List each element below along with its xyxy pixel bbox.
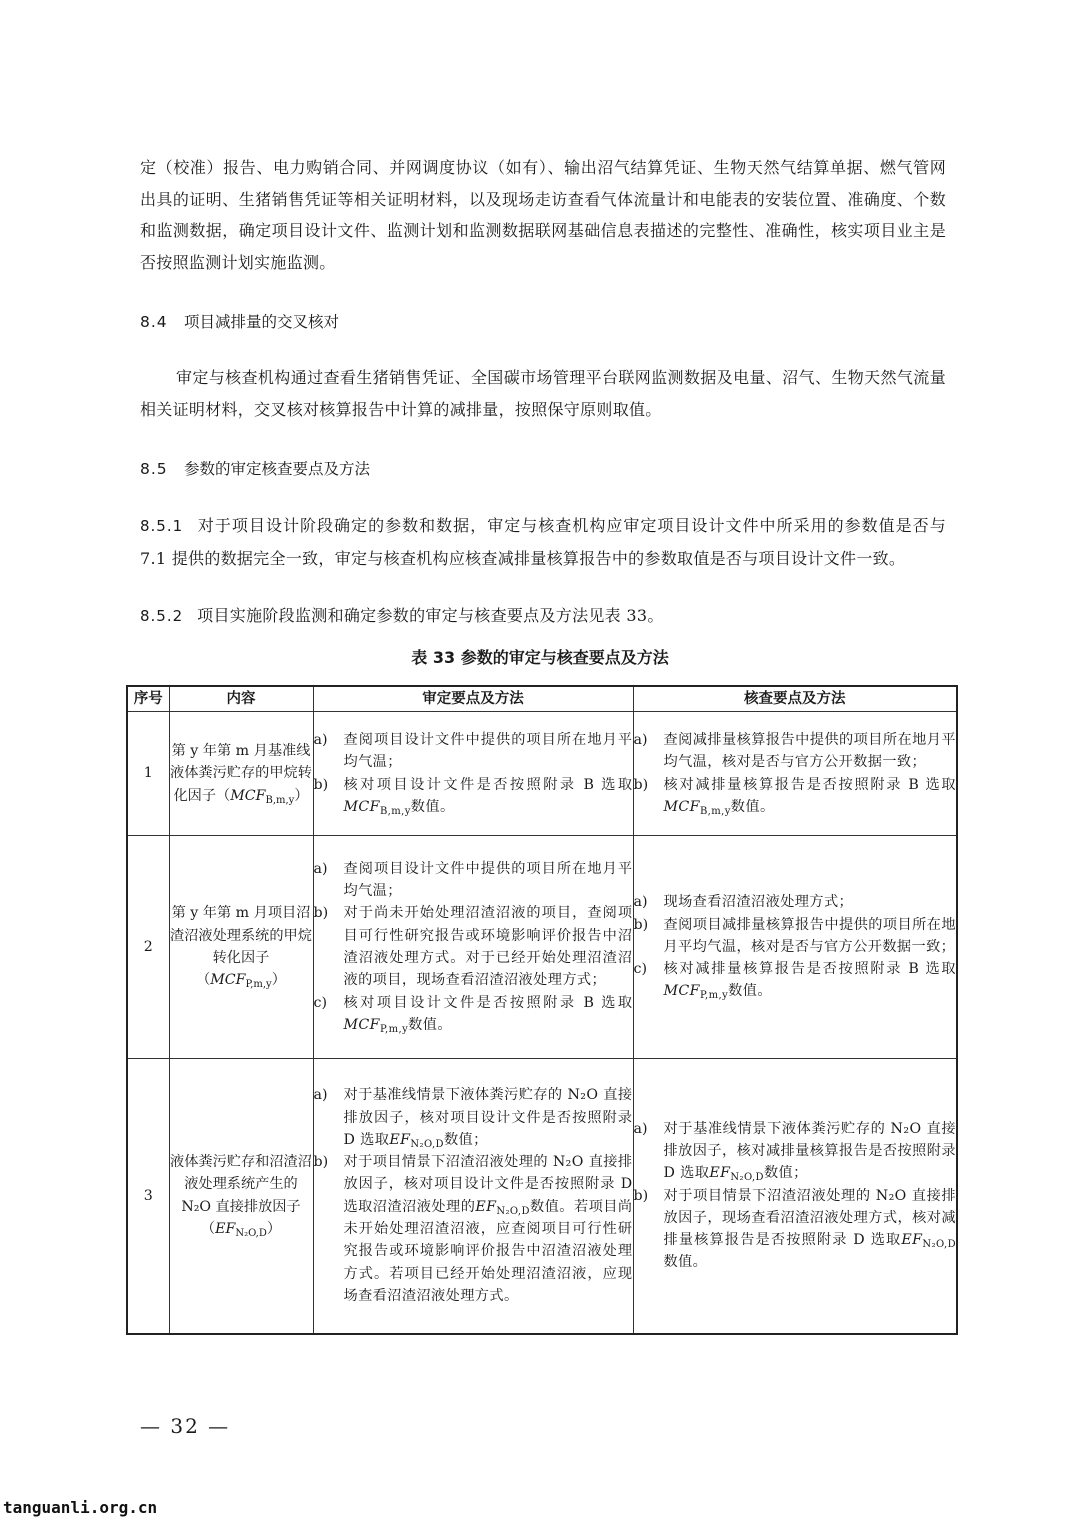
math-symbol: EFN₂O,D — [709, 1165, 764, 1181]
section-title: 项目减排量的交叉核对 — [184, 313, 339, 331]
list-item: c)核对项目设计文件是否按照附录 B 选取MCFP,m,y数值。 — [314, 992, 633, 1037]
verification-cell: a)对于基准线情景下液体粪污贮存的 N₂O 直接排放因子，核对减排量核算报告是否… — [633, 1059, 957, 1334]
section-8-4-body: 审定与核查机构通过查看生猪销售凭证、全国碳市场管理平台联网监测数据及电量、沼气、… — [140, 362, 946, 425]
math-symbol: EFN₂O,D — [901, 1232, 956, 1248]
list-item: b)核对减排量核算报告是否按照附录 B 选取MCFB,m,y数值。 — [634, 774, 957, 819]
math-symbol: MCFP,m,y — [210, 972, 271, 988]
list-item: a)对于基准线情景下液体粪污贮存的 N₂O 直接排放因子，核对减排量核算报告是否… — [634, 1118, 957, 1185]
header-content: 内容 — [169, 686, 313, 712]
item-label: c) — [314, 992, 344, 1014]
list-item: a)查阅项目设计文件中提供的项目所在地月平均气温； — [314, 729, 633, 774]
clause-number: 8.5.2 — [140, 607, 183, 625]
item-text: 对于基准线情景下液体粪污贮存的 N₂O 直接排放因子，核对减排量核算报告是否按照… — [664, 1118, 957, 1185]
math-symbol: MCFP,m,y — [344, 1017, 409, 1033]
item-label: b) — [634, 914, 664, 936]
item-label: a) — [634, 1118, 664, 1140]
header-verification: 核查要点及方法 — [633, 686, 957, 712]
item-text: 对于尚未开始处理沼渣沼液的项目，查阅项目可行性研究报告或环境影响评价报告中沼渣沼… — [344, 902, 633, 991]
header-validation: 审定要点及方法 — [313, 686, 633, 712]
table-row: 2第 y 年第 m 月项目沼渣沼液处理系统的甲烷转化因子（MCFP,m,y）a)… — [127, 836, 957, 1059]
list-item: b)对于项目情景下沼渣沼液处理的 N₂O 直接排放因子，核对项目设计文件是否按照… — [314, 1151, 633, 1307]
row-number: 1 — [127, 712, 169, 836]
parameters-table: 序号 内容 审定要点及方法 核查要点及方法 1第 y 年第 m 月基准线液体粪污… — [126, 685, 958, 1335]
item-label: a) — [314, 858, 344, 880]
item-text: 核对减排量核算报告是否按照附录 B 选取MCFP,m,y数值。 — [664, 958, 957, 1003]
row-content: 液体粪污贮存和沼渣沼液处理系统产生的 N₂O 直接排放因子（EFN₂O,D） — [169, 1059, 313, 1334]
item-text: 核对减排量核算报告是否按照附录 B 选取MCFB,m,y数值。 — [664, 774, 957, 819]
table-row: 3液体粪污贮存和沼渣沼液处理系统产生的 N₂O 直接排放因子（EFN₂O,D）a… — [127, 1059, 957, 1334]
item-text: 查阅项目设计文件中提供的项目所在地月平均气温； — [344, 729, 633, 774]
row-content: 第 y 年第 m 月项目沼渣沼液处理系统的甲烷转化因子（MCFP,m,y） — [169, 836, 313, 1059]
list-item: b)对于尚未开始处理沼渣沼液的项目，查阅项目可行性研究报告或环境影响评价报告中沼… — [314, 902, 633, 991]
item-text: 查阅减排量核算报告中提供的项目所在地月平均气温，核对是否与官方公开数据一致； — [664, 729, 957, 774]
verification-cell: a)查阅减排量核算报告中提供的项目所在地月平均气温，核对是否与官方公开数据一致；… — [633, 712, 957, 836]
section-number: 8.4 — [140, 311, 184, 333]
section-title: 参数的审定核查要点及方法 — [184, 460, 370, 478]
intro-paragraph: 定（校准）报告、电力购销合同、并网调度协议（如有）、输出沼气结算凭证、生物天然气… — [140, 152, 946, 278]
item-text: 核对项目设计文件是否按照附录 B 选取MCFB,m,y数值。 — [344, 774, 633, 819]
validation-cell: a)查阅项目设计文件中提供的项目所在地月平均气温；b)对于尚未开始处理沼渣沼液的… — [313, 836, 633, 1059]
section-8-5-heading: 8.5参数的审定核查要点及方法 — [140, 458, 370, 480]
page-number: — 32 — — [140, 1414, 230, 1438]
row-number: 2 — [127, 836, 169, 1059]
section-number: 8.5 — [140, 458, 184, 480]
math-symbol: MCFB,m,y — [230, 788, 294, 804]
math-symbol: MCFB,m,y — [344, 799, 411, 815]
validation-cell: a)对于基准线情景下液体粪污贮存的 N₂O 直接排放因子，核对项目设计文件是否按… — [313, 1059, 633, 1334]
validation-cell: a)查阅项目设计文件中提供的项目所在地月平均气温；b)核对项目设计文件是否按照附… — [313, 712, 633, 836]
item-text: 现场查看沼渣沼液处理方式； — [664, 891, 957, 913]
list-item: a)对于基准线情景下液体粪污贮存的 N₂O 直接排放因子，核对项目设计文件是否按… — [314, 1084, 633, 1151]
item-text: 对于基准线情景下液体粪污贮存的 N₂O 直接排放因子，核对项目设计文件是否按照附… — [344, 1084, 633, 1151]
table-header-row: 序号 内容 审定要点及方法 核查要点及方法 — [127, 686, 957, 712]
math-symbol: EFN₂O,D — [215, 1221, 267, 1237]
clause-8-5-1: 8.5.1对于项目设计阶段确定的参数和数据，审定与核查机构应审定项目设计文件中所… — [140, 510, 946, 574]
item-text: 对于项目情景下沼渣沼液处理的 N₂O 直接排放因子，核对项目设计文件是否按照附录… — [344, 1151, 633, 1307]
list-item: b)对于项目情景下沼渣沼液处理的 N₂O 直接排放因子，现场查看沼渣沼液处理方式… — [634, 1185, 957, 1274]
section-8-4-heading: 8.4项目减排量的交叉核对 — [140, 311, 339, 333]
item-label: b) — [314, 1151, 344, 1173]
item-label: a) — [634, 891, 664, 913]
table-caption: 表 33 参数的审定与核查要点及方法 — [0, 646, 1080, 670]
item-label: a) — [634, 729, 664, 751]
item-label: c) — [634, 958, 664, 980]
clause-text: 对于项目设计阶段确定的参数和数据，审定与核查机构应审定项目设计文件中所采用的参数… — [140, 516, 946, 568]
item-label: b) — [314, 774, 344, 796]
list-item: b)核对项目设计文件是否按照附录 B 选取MCFB,m,y数值。 — [314, 774, 633, 819]
verification-cell: a)现场查看沼渣沼液处理方式；b)查阅项目减排量核算报告中提供的项目所在地月平均… — [633, 836, 957, 1059]
math-symbol: MCFB,m,y — [664, 799, 731, 815]
watermark: tanguanli.org.cn — [3, 1498, 157, 1517]
clause-number: 8.5.1 — [140, 517, 183, 535]
list-item: a)现场查看沼渣沼液处理方式； — [634, 891, 957, 913]
item-text: 核对项目设计文件是否按照附录 B 选取MCFP,m,y数值。 — [344, 992, 633, 1037]
clause-text: 项目实施阶段监测和确定参数的审定与核查要点及方法见表 33。 — [197, 606, 663, 625]
item-label: b) — [634, 774, 664, 796]
row-content: 第 y 年第 m 月基准线液体粪污贮存的甲烷转化因子（MCFB,m,y） — [169, 712, 313, 836]
item-text: 查阅项目设计文件中提供的项目所在地月平均气温； — [344, 858, 633, 903]
math-symbol: EFN₂O,D — [475, 1199, 530, 1215]
table-row: 1第 y 年第 m 月基准线液体粪污贮存的甲烷转化因子（MCFB,m,y）a)查… — [127, 712, 957, 836]
math-symbol: EFN₂O,D — [389, 1132, 444, 1148]
item-label: a) — [314, 729, 344, 751]
clause-8-5-2: 8.5.2项目实施阶段监测和确定参数的审定与核查要点及方法见表 33。 — [140, 600, 946, 633]
item-label: b) — [634, 1185, 664, 1207]
header-no: 序号 — [127, 686, 169, 712]
item-text: 对于项目情景下沼渣沼液处理的 N₂O 直接排放因子，现场查看沼渣沼液处理方式，核… — [664, 1185, 957, 1274]
row-number: 3 — [127, 1059, 169, 1334]
item-label: b) — [314, 902, 344, 924]
list-item: c)核对减排量核算报告是否按照附录 B 选取MCFP,m,y数值。 — [634, 958, 957, 1003]
item-label: a) — [314, 1084, 344, 1106]
list-item: b)查阅项目减排量核算报告中提供的项目所在地月平均气温，核对是否与官方公开数据一… — [634, 914, 957, 959]
list-item: a)查阅项目设计文件中提供的项目所在地月平均气温； — [314, 858, 633, 903]
math-symbol: MCFP,m,y — [664, 983, 729, 999]
list-item: a)查阅减排量核算报告中提供的项目所在地月平均气温，核对是否与官方公开数据一致； — [634, 729, 957, 774]
item-text: 查阅项目减排量核算报告中提供的项目所在地月平均气温，核对是否与官方公开数据一致； — [664, 914, 957, 959]
